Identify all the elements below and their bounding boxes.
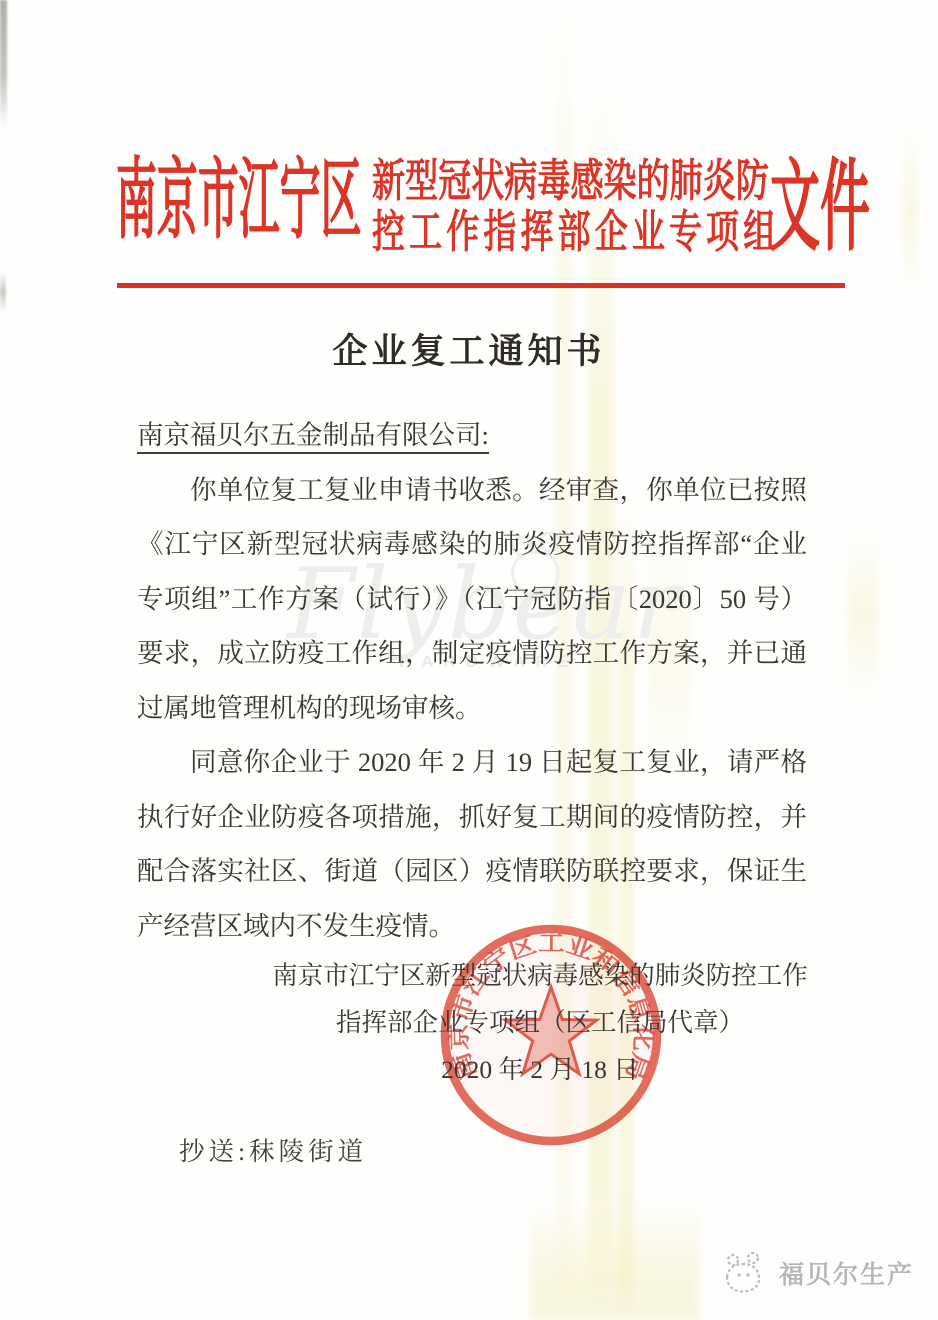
- signature-line2: 指挥部企业专项组（区工信局代章）: [224, 999, 856, 1046]
- document-body: 南京福贝尔五金制品有限公司: 你单位复工复业申请书收悉。经审查，你单位已按照《江…: [137, 408, 807, 953]
- scan-edge-smudge: [0, 272, 6, 312]
- recipient-name: 南京福贝尔五金制品有限公司:: [137, 420, 489, 454]
- brand-watermark-text: 福贝尔生产: [779, 1255, 914, 1291]
- letterhead-org-line1: 新型冠状病毒感染的肺炎防: [372, 156, 666, 207]
- bear-logo-icon: [719, 1250, 769, 1296]
- document-page: Flybear HARDWARE ® 南京市江宁区 新型冠状病毒感染的肺炎防 控…: [0, 0, 938, 1320]
- brand-watermark: 福贝尔生产: [719, 1250, 914, 1296]
- document-title: 企业复工通知书: [0, 324, 938, 374]
- signature-line1: 南京市江宁区新型冠状病毒感染的肺炎防控工作: [224, 952, 856, 999]
- scan-streak: [903, 125, 918, 295]
- signature-block: 南京市江宁区新型冠状病毒感染的肺炎防控工作 指挥部企业专项组（区工信局代章） 2…: [224, 952, 856, 1093]
- letterhead-org-line2: 控工作指挥部企业专项组: [372, 207, 666, 258]
- recipient-line: 南京福贝尔五金制品有限公司:: [137, 408, 807, 463]
- signature-date: 2020 年 2 月 18 日: [224, 1046, 856, 1093]
- letterhead-org-name: 新型冠状病毒感染的肺炎防 控工作指挥部企业专项组: [372, 156, 772, 258]
- letterhead-region-name: 南京市江宁区: [116, 158, 362, 246]
- letterhead-divider: [117, 283, 845, 288]
- scan-streak: [530, 1200, 700, 1320]
- letterhead-document-word: 文件: [770, 158, 870, 258]
- cc-line: 抄送:秣陵街道: [179, 1132, 367, 1168]
- body-paragraph-1: 你单位复工复业申请书收悉。经审查，你单位已按照《江宁区新型冠状病毒感染的肺炎疫情…: [137, 463, 807, 736]
- scan-streak: [848, 530, 878, 700]
- scan-edge-smudge: [0, 0, 7, 128]
- body-paragraph-2: 同意你企业于 2020 年 2 月 19 日起复工复业，请严格执行好企业防疫各项…: [137, 735, 807, 953]
